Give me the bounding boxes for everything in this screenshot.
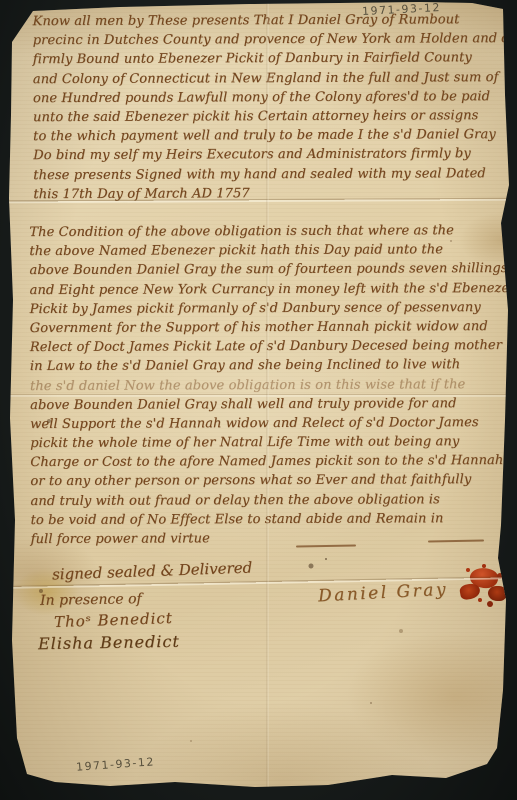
manuscript-line: above Bounden Daniel Gray the sum of fou… <box>29 261 515 282</box>
bond-paragraph: Know all men by These presents That I Da… <box>33 12 517 206</box>
manuscript-line: these presents Signed with my hand and s… <box>33 165 517 186</box>
manuscript-line: Government for the Support of his mother… <box>30 319 516 340</box>
manuscript-line: Relect of Doct James Pickit Late of s'd … <box>30 338 516 359</box>
manuscript-line: Know all men by These presents That I Da… <box>33 12 517 33</box>
witness-signature-1: Thoˢ Benedict <box>54 609 173 631</box>
manuscript-line: this 17th Day of March AD 1757 <box>33 185 517 206</box>
wax-seal-blob <box>459 582 481 600</box>
manuscript-line: precinc in Dutches County and provence o… <box>33 31 517 52</box>
manuscript-line: and truly with out fraud or delay then t… <box>30 492 516 513</box>
presence-line: In presence of <box>40 591 142 609</box>
accession-number-bottom: 1971-93-12 <box>76 755 156 773</box>
manuscript-line: Pickit by James pickit formanly of s'd D… <box>30 300 516 321</box>
manuscript-line: in Law to the s'd Daniel Gray and she be… <box>30 357 516 378</box>
manuscript-line: The Condition of the above obligation is… <box>29 223 515 244</box>
manuscript-line: and Colony of Connecticut in New England… <box>33 69 517 90</box>
manuscript-line: well Support the s'd Hannah widow and Re… <box>30 415 516 436</box>
manuscript-line: Do bind my self my Heirs Executors and A… <box>33 146 517 167</box>
manuscript-line: unto the said Ebenezer pickit his Certai… <box>33 108 517 129</box>
manuscript-line: pickit the whole time of her Natral Life… <box>30 434 516 455</box>
document-photo: 1971-93-12 Know all men by These present… <box>0 0 517 800</box>
witness-signature-2: Elisha Benedict <box>38 632 180 653</box>
manuscript-line: to the which payment well and truly to b… <box>33 127 517 148</box>
wax-seal <box>458 564 512 612</box>
manuscript-line: and Eight pence New York Currancy in mon… <box>30 281 516 302</box>
wax-seal-speckles <box>482 564 486 568</box>
manuscript-line-faded: the s'd daniel Now the above obligation … <box>30 376 516 397</box>
manuscript-line: to be void and of No Effect Else to stan… <box>31 511 517 532</box>
manuscript-line: one Hundred pounds Lawfull mony of the C… <box>33 89 517 110</box>
wax-seal-blob <box>468 565 500 591</box>
document-paper: 1971-93-12 Know all men by These present… <box>0 0 517 800</box>
condition-paragraph: The Condition of the above obligation is… <box>29 223 516 551</box>
age-specks <box>70 330 72 332</box>
manuscript-line: Charge or Cost to the afore Named James … <box>30 453 516 474</box>
manuscript-line: above Bounden Daniel Gray shall well and… <box>30 396 516 417</box>
grantor-signature: Daniel Gray <box>318 580 449 607</box>
manuscript-line: the above Named Ebenezer pickit hath thi… <box>29 242 515 263</box>
manuscript-line: firmly Bound unto Ebenezer Pickit of Dan… <box>33 50 517 71</box>
attestation-line: signed sealed & Delivered <box>52 559 253 584</box>
wax-seal-blob <box>488 586 506 601</box>
manuscript-line: or to any other person or persons what s… <box>30 472 516 493</box>
